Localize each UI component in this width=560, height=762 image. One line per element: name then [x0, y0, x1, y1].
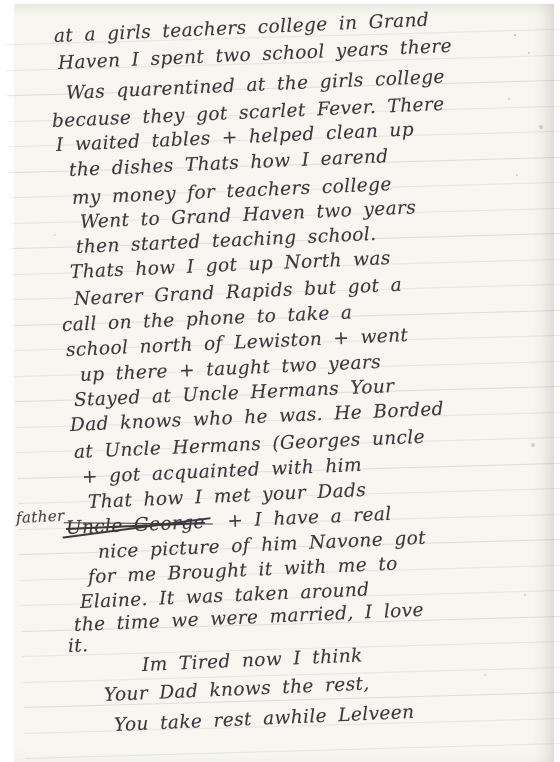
letter-line: You take rest awhile Lelveen — [114, 702, 415, 736]
letter-line: Your Dad knows the rest, — [104, 673, 370, 706]
line-text: Im Tired now I think — [142, 645, 364, 676]
letter-line: Im Tired now I think — [142, 645, 364, 676]
line-text: You take rest awhile Lelveen — [114, 702, 415, 736]
line-text: father — [16, 506, 66, 527]
letter-scan: at a girls teachers college in GrandHave… — [0, 0, 560, 762]
line-text: + I have a real — [227, 504, 392, 532]
paper-sheet: at a girls teachers college in GrandHave… — [14, 4, 554, 762]
margin-annotation: father — [16, 506, 66, 527]
letter-body: at a girls teachers college in GrandHave… — [14, 4, 554, 762]
struck-out-text: Uncle George — [66, 512, 206, 539]
line-text: Your Dad knows the rest, — [104, 673, 370, 706]
letter-line: it. — [68, 635, 89, 657]
line-text: it. — [68, 635, 89, 657]
